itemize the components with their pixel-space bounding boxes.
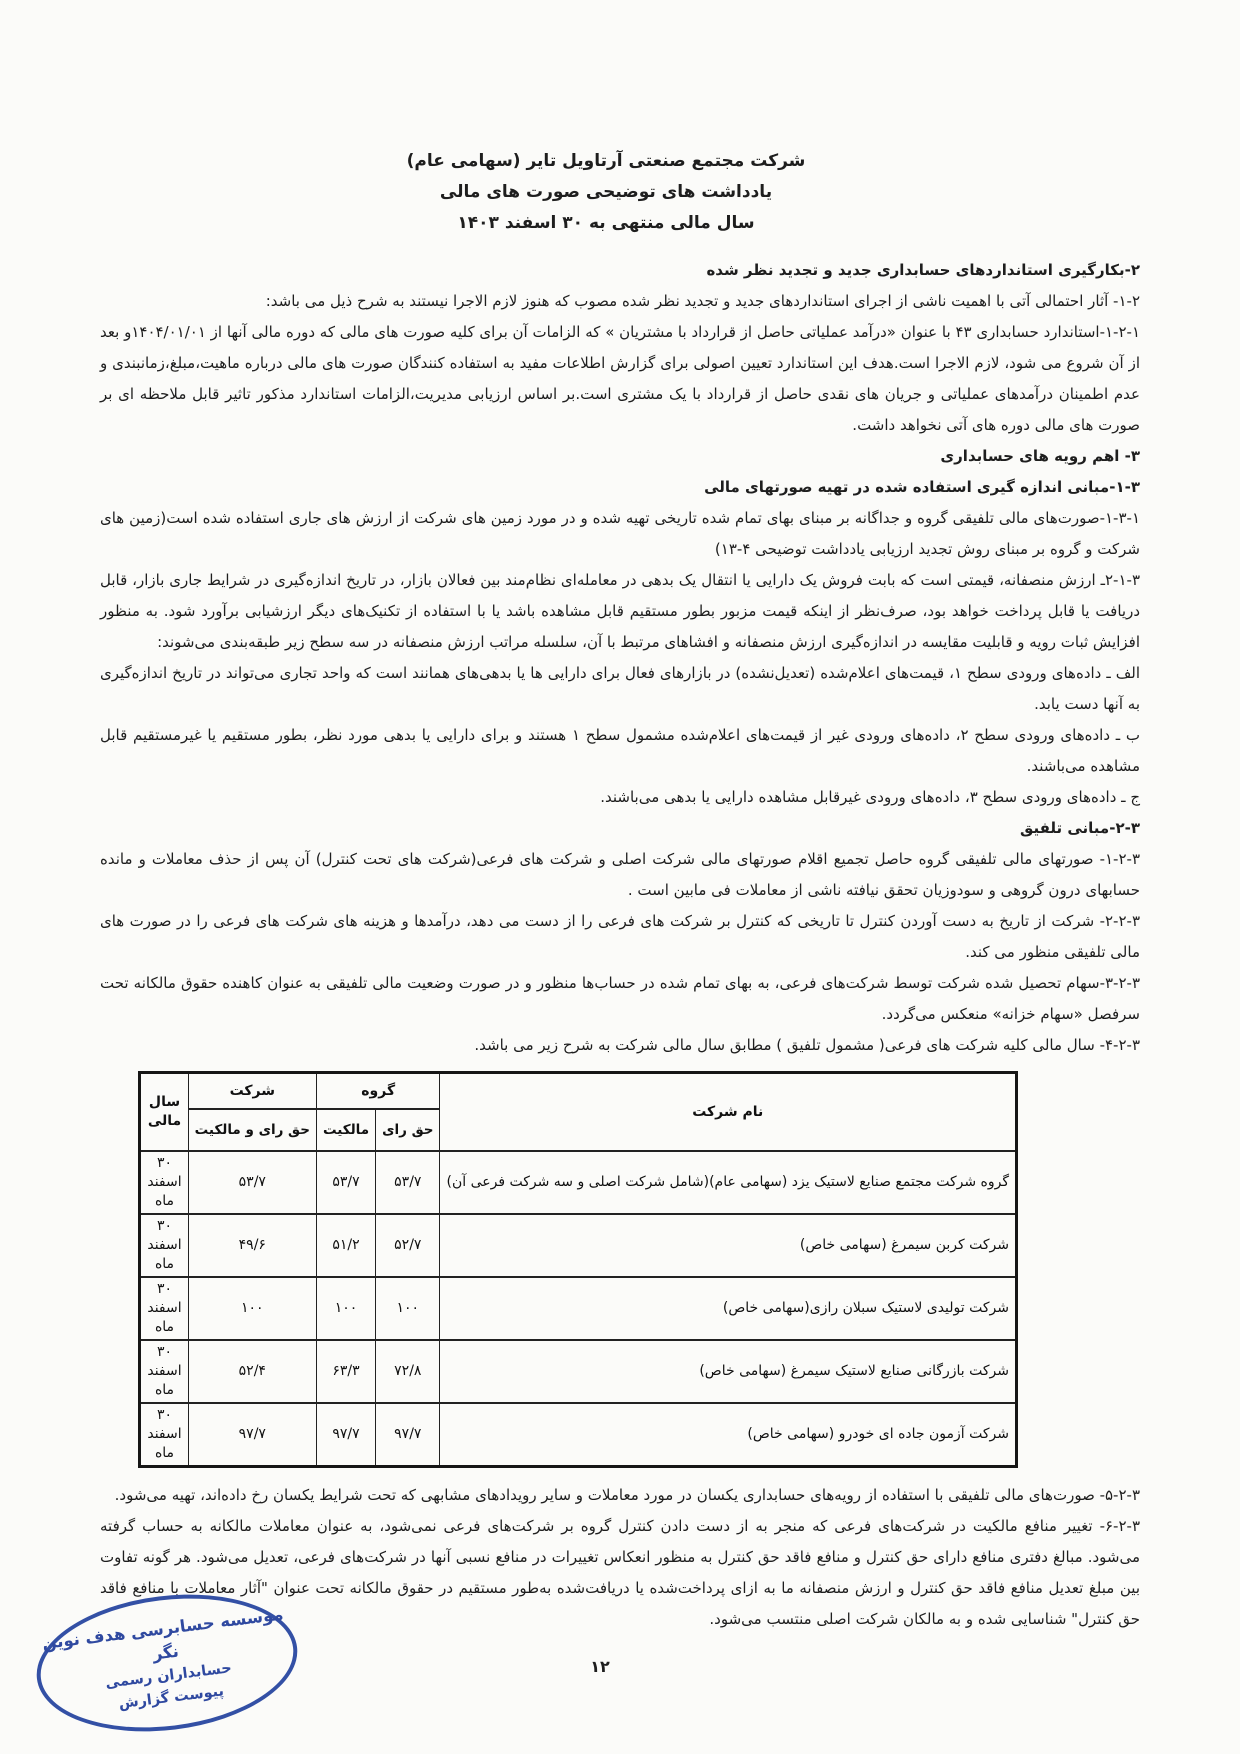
table-row: شرکت بازرگانی صنایع لاستیک سیمرغ (سهامی …	[140, 1340, 1017, 1403]
table-cell-name: گروه شرکت مجتمع صنایع لاستیک یزد (سهامی …	[440, 1151, 1017, 1214]
table-cell-fiscal_year: ۳۰ اسفند ماه	[140, 1277, 188, 1340]
col-header-ownership: مالکیت	[316, 1109, 375, 1151]
table-row: شرکت کربن سیمرغ (سهامی خاص)۵۲/۷۵۱/۲۴۹/۶۳…	[140, 1214, 1017, 1277]
section-heading: ۲-۳-مبانی تلفیق	[100, 813, 1140, 844]
scanned-document-page: شرکت مجتمع صنعتی آرتاویل تایر (سهامی عام…	[0, 0, 1240, 1754]
document-body: ۲-بکارگیری استانداردهای حسابداری جدید و …	[100, 255, 1140, 1682]
paragraph: ۳-۲-۳-سهام تحصیل شده شرکت توسط شرکت‌های …	[100, 968, 1140, 1030]
company-name: شرکت مجتمع صنعتی آرتاویل تایر (سهامی عام…	[0, 146, 1226, 177]
paragraph: ۴-۲-۳- سال مالی کلیه شرکت های فرعی( مشمو…	[100, 1030, 1140, 1061]
table-cell-fiscal_year: ۳۰ اسفند ماه	[140, 1214, 188, 1277]
paragraph: الف ـ داده‌های ورودی سطح ۱، قیمت‌های اعل…	[100, 658, 1140, 720]
paragraph: ۲-۱-۳ـ ارزش منصفانه، قیمتی است که بابت ف…	[100, 565, 1140, 658]
paragraph: ۲-۲-۳- شرکت از تاریخ به دست آوردن کنترل …	[100, 906, 1140, 968]
table-header: نام شرکت گروه شرکت سال مالی حق رای مالکی…	[140, 1073, 1017, 1152]
table-cell-voting_ownership: ۱۰۰	[188, 1277, 316, 1340]
table-cell-ownership: ۹۷/۷	[316, 1403, 375, 1467]
col-header-voting-right: حق رای	[376, 1109, 440, 1151]
subsidiaries-fiscal-year-table: نام شرکت گروه شرکت سال مالی حق رای مالکی…	[138, 1071, 1018, 1468]
fiscal-year-line: سال مالی منتهی به ۳۰ اسفند ۱۴۰۳	[0, 208, 1226, 239]
notes-section-before-table: ۲-بکارگیری استانداردهای حسابداری جدید و …	[100, 255, 1140, 1061]
col-header-group: گروه	[316, 1073, 440, 1110]
table-cell-voting_ownership: ۵۳/۷	[188, 1151, 316, 1214]
table-cell-voting_ownership: ۹۷/۷	[188, 1403, 316, 1467]
table-cell-name: شرکت آزمون جاده ای خودرو (سهامی خاص)	[440, 1403, 1017, 1467]
table-cell-ownership: ۵۱/۲	[316, 1214, 375, 1277]
col-header-company: شرکت	[188, 1073, 316, 1110]
document-title: یادداشت های توضیحی صورت های مالی	[0, 177, 1226, 208]
paragraph: ب ـ داده‌های ورودی سطح ۲، داده‌های ورودی…	[100, 720, 1140, 782]
document-header: شرکت مجتمع صنعتی آرتاویل تایر (سهامی عام…	[0, 0, 1226, 239]
table-cell-ownership: ۶۳/۳	[316, 1340, 375, 1403]
table-cell-fiscal_year: ۳۰ اسفند ماه	[140, 1403, 188, 1467]
auditor-stamp: موسسه حسابرسی هدف نوین نگر حسابداران رسم…	[29, 1581, 305, 1746]
table-cell-voting_ownership: ۴۹/۶	[188, 1214, 316, 1277]
section-heading: ۳- اهم رویه های حسابداری	[100, 441, 1140, 472]
paragraph: ۱-۲- آثار احتمالی آتی با اهمیت ناشی از ا…	[100, 286, 1140, 317]
table-cell-voting: ۵۲/۷	[376, 1214, 440, 1277]
col-header-fiscal-year: سال مالی	[140, 1073, 188, 1152]
col-header-company-name: نام شرکت	[440, 1073, 1017, 1152]
table-body: گروه شرکت مجتمع صنایع لاستیک یزد (سهامی …	[140, 1151, 1017, 1467]
table-cell-voting_ownership: ۵۲/۴	[188, 1340, 316, 1403]
section-heading: ۲-بکارگیری استانداردهای حسابداری جدید و …	[100, 255, 1140, 286]
paragraph: ۵-۲-۳- صورت‌های مالی تلفیقی با استفاده ا…	[100, 1480, 1140, 1511]
section-heading: ۱-۳-مبانی اندازه گیری استفاده شده در تهی…	[100, 472, 1140, 503]
table-cell-name: شرکت تولیدی لاستیک سبلان رازی(سهامی خاص)	[440, 1277, 1017, 1340]
table-cell-ownership: ۵۳/۷	[316, 1151, 375, 1214]
table-cell-fiscal_year: ۳۰ اسفند ماه	[140, 1340, 188, 1403]
table-row: گروه شرکت مجتمع صنایع لاستیک یزد (سهامی …	[140, 1151, 1017, 1214]
table-cell-voting: ۷۲/۸	[376, 1340, 440, 1403]
col-header-voting-and-ownership: حق رای و مالکیت	[188, 1109, 316, 1151]
table-cell-ownership: ۱۰۰	[316, 1277, 375, 1340]
table-cell-voting: ۵۳/۷	[376, 1151, 440, 1214]
paragraph: ۱-۲-۱-استاندارد حسابداری ۴۳ با عنوان «در…	[100, 317, 1140, 441]
table-cell-fiscal_year: ۳۰ اسفند ماه	[140, 1151, 188, 1214]
table-cell-voting: ۱۰۰	[376, 1277, 440, 1340]
table-cell-voting: ۹۷/۷	[376, 1403, 440, 1467]
table-cell-name: شرکت بازرگانی صنایع لاستیک سیمرغ (سهامی …	[440, 1340, 1017, 1403]
paragraph: ۱-۲-۳- صورتهای مالی تلفیقی گروه حاصل تجم…	[100, 844, 1140, 906]
paragraph: ۱-۳-۱-صورت‌های مالی تلفیقی گروه و جداگان…	[100, 503, 1140, 565]
table-row: شرکت تولیدی لاستیک سبلان رازی(سهامی خاص)…	[140, 1277, 1017, 1340]
paragraph: ج ـ داده‌های ورودی سطح ۳، داده‌های ورودی…	[100, 782, 1140, 813]
table-row: شرکت آزمون جاده ای خودرو (سهامی خاص)۹۷/۷…	[140, 1403, 1017, 1467]
table-cell-name: شرکت کربن سیمرغ (سهامی خاص)	[440, 1214, 1017, 1277]
